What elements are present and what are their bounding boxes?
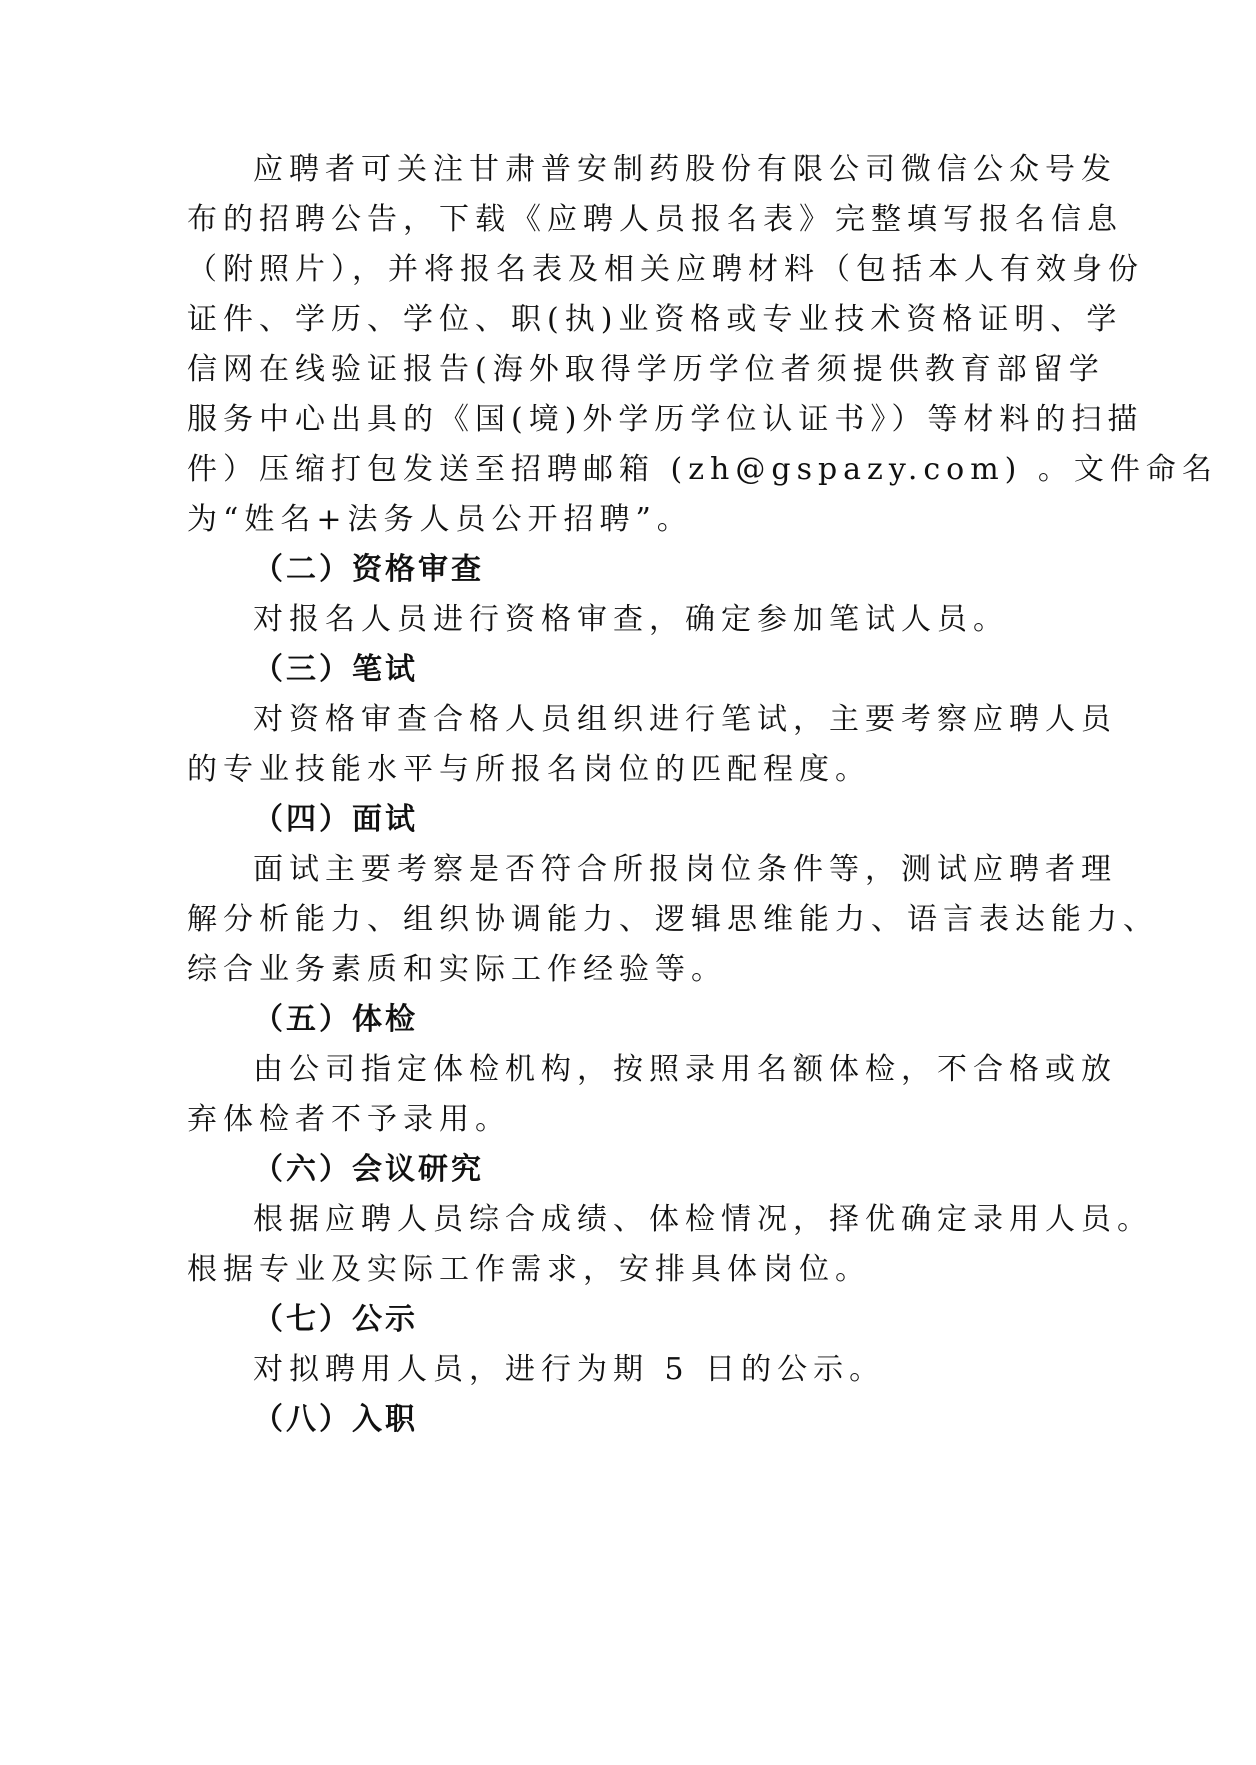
section-heading-written-test: （三）笔试 — [253, 650, 418, 690]
paragraph-line: （附照片），并将报名表及相关应聘材料（包括本人有效身份 — [187, 250, 1144, 290]
section-heading-public-notice: （七）公示 — [253, 1300, 418, 1340]
section-heading-onboarding: （八）入职 — [253, 1400, 418, 1440]
paragraph-line: 解分析能力、组织协调能力、逻辑思维能力、语言表达能力、 — [187, 900, 1159, 940]
section-heading-qualification-review: （二）资格审查 — [253, 550, 484, 590]
paragraph-line: 的专业技能水平与所报名岗位的匹配程度。 — [187, 750, 871, 790]
paragraph-line: 对拟聘用人员，进行为期 5 日的公示。 — [253, 1350, 885, 1390]
paragraph-line: 根据专业及实际工作需求，安排具体岗位。 — [187, 1250, 871, 1290]
paragraph-line: 对资格审查合格人员组织进行笔试，主要考察应聘人员 — [253, 700, 1117, 740]
paragraph-line: 对报名人员进行资格审查，确定参加笔试人员。 — [253, 600, 1009, 640]
paragraph-line: 证件、学历、学位、职(执)业资格或专业技术资格证明、学 — [187, 300, 1122, 340]
paragraph-line: 布的招聘公告，下载《应聘人员报名表》完整填写报名信息 — [187, 200, 1123, 240]
section-heading-physical-exam: （五）体检 — [253, 1000, 418, 1040]
section-heading-meeting-review: （六）会议研究 — [253, 1150, 484, 1190]
paragraph-line: 弃体检者不予录用。 — [187, 1100, 511, 1140]
paragraph-line: 由公司指定体检机构，按照录用名额体检，不合格或放 — [253, 1050, 1117, 1090]
paragraph-line: 服务中心出具的《国(境)外学历学位认证书》）等材料的扫描 — [187, 400, 1143, 440]
paragraph-line: 综合业务素质和实际工作经验等。 — [187, 950, 727, 990]
paragraph-line: 根据应聘人员综合成绩、体检情况，择优确定录用人员。 — [253, 1200, 1153, 1240]
paragraph-line: 件）压缩打包发送至招聘邮箱 (zh@gspazy.com) 。文件命名 — [187, 450, 1218, 490]
paragraph-line: 应聘者可关注甘肃普安制药股份有限公司微信公众号发 — [253, 150, 1117, 190]
paragraph-line: 为“姓名+法务人员公开招聘”。 — [187, 500, 693, 540]
paragraph-line: 面试主要考察是否符合所报岗位条件等，测试应聘者理 — [253, 850, 1117, 890]
paragraph-line: 信网在线验证报告(海外取得学历学位者须提供教育部留学 — [187, 350, 1105, 390]
section-heading-interview: （四）面试 — [253, 800, 418, 840]
